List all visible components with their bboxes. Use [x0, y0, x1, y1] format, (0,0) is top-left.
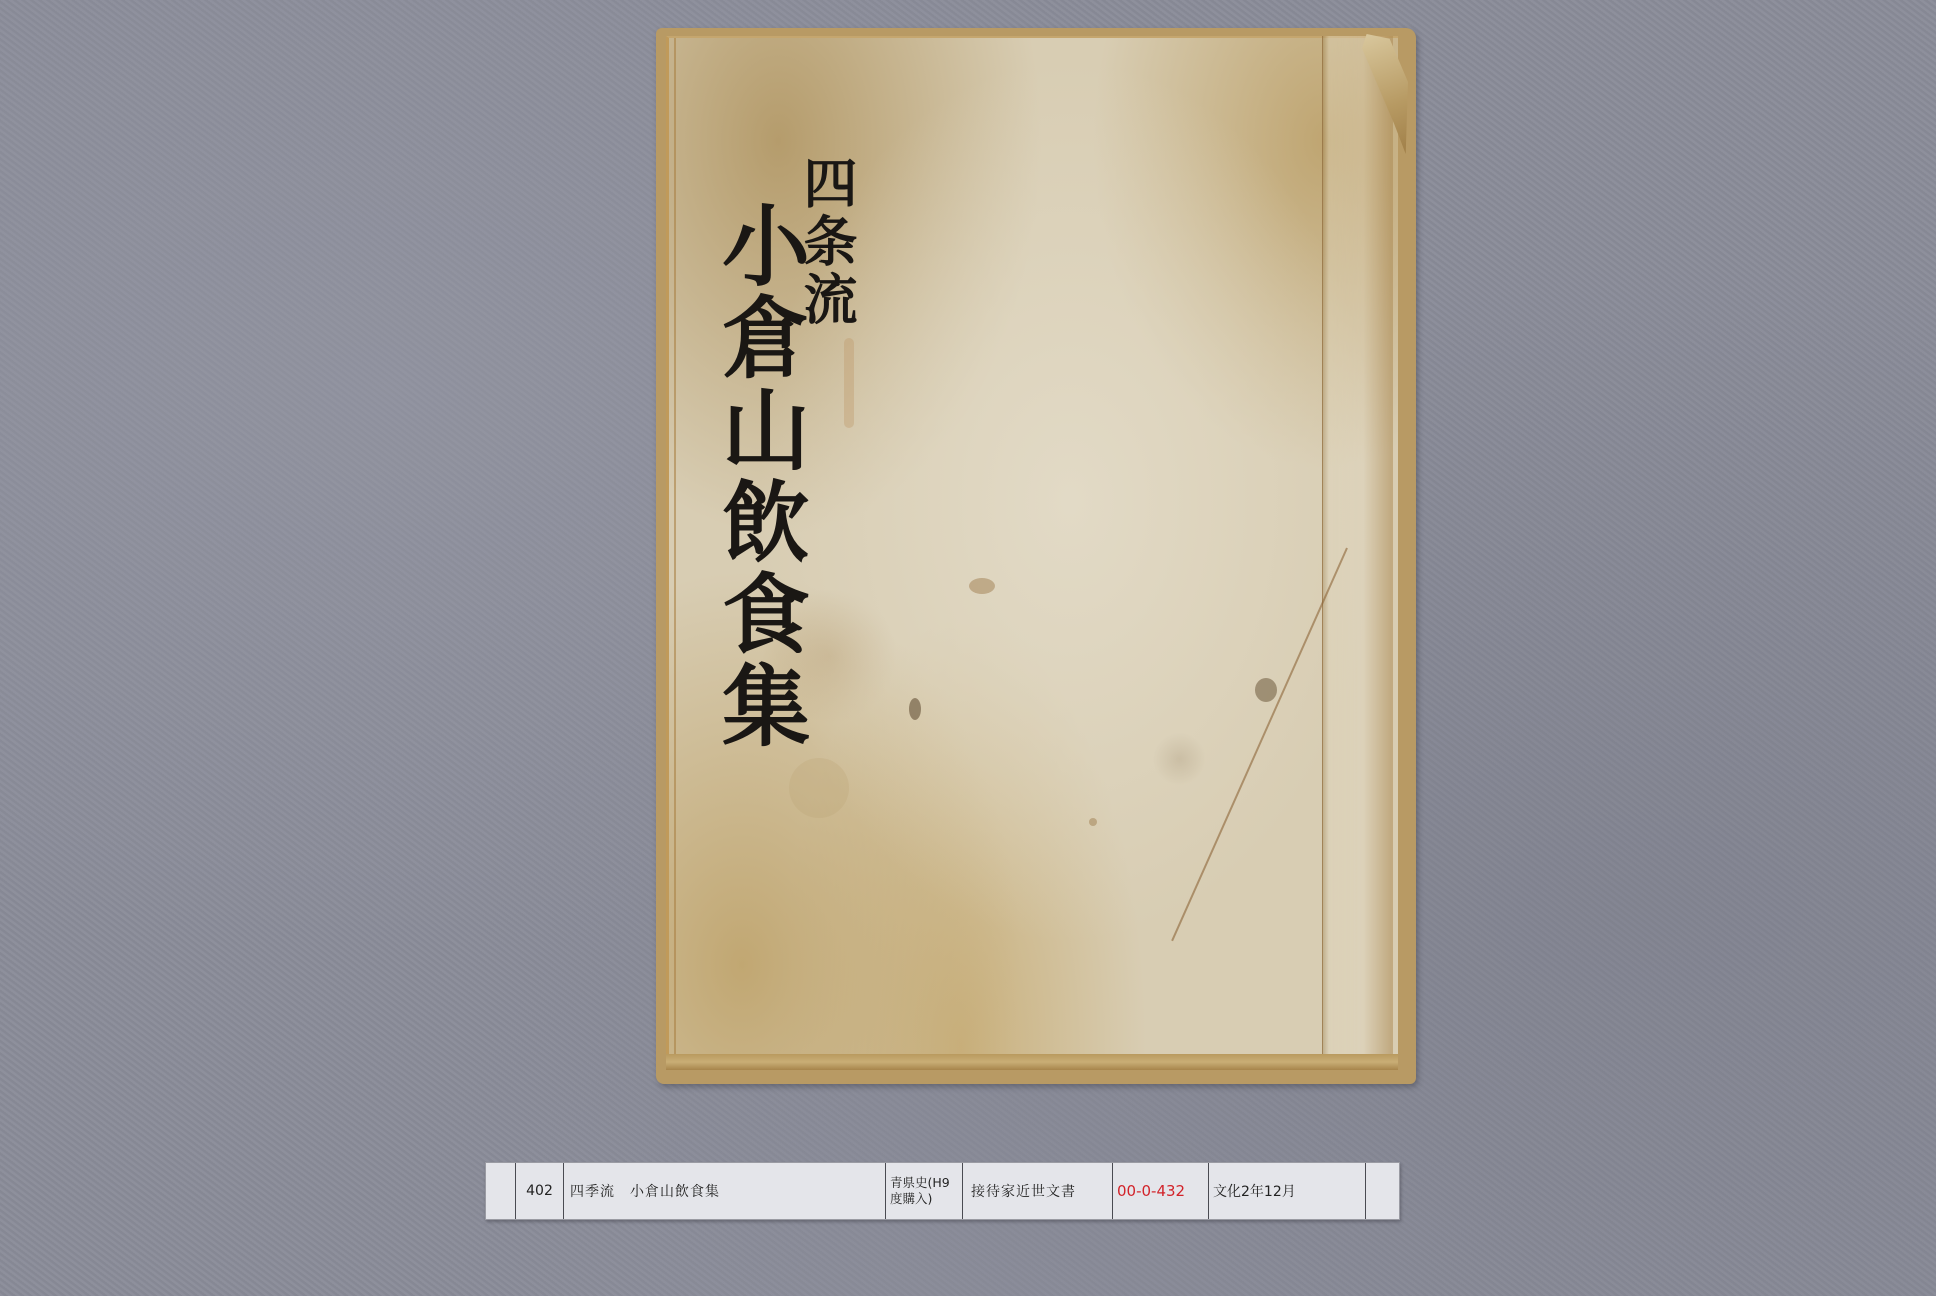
- label-blank-right: [1366, 1163, 1399, 1219]
- stain: [1255, 678, 1277, 702]
- catalog-label: 402 四季流 小倉山飲食集 青県史(H9 度購入) 接待家近世文書 00-0-…: [485, 1162, 1400, 1220]
- cover-fold-line: [674, 38, 676, 1068]
- label-date: 文化2年12月: [1209, 1163, 1366, 1219]
- label-number: 402: [516, 1163, 564, 1219]
- cover-title-main: 小倉山飲食集: [716, 200, 804, 752]
- stain: [789, 758, 849, 818]
- book-bottom-edge: [666, 1054, 1398, 1070]
- spine-fold: [1322, 36, 1393, 1068]
- label-source: 青県史(H9 度購入): [886, 1163, 963, 1219]
- label-catalog-id: 00-0-432: [1113, 1163, 1209, 1219]
- stain: [909, 698, 921, 720]
- label-title: 四季流 小倉山飲食集: [564, 1163, 886, 1219]
- label-collection: 接待家近世文書: [963, 1163, 1113, 1219]
- label-blank-left: [486, 1163, 516, 1219]
- stain: [1089, 818, 1097, 826]
- stain: [844, 338, 854, 428]
- stain: [969, 578, 995, 594]
